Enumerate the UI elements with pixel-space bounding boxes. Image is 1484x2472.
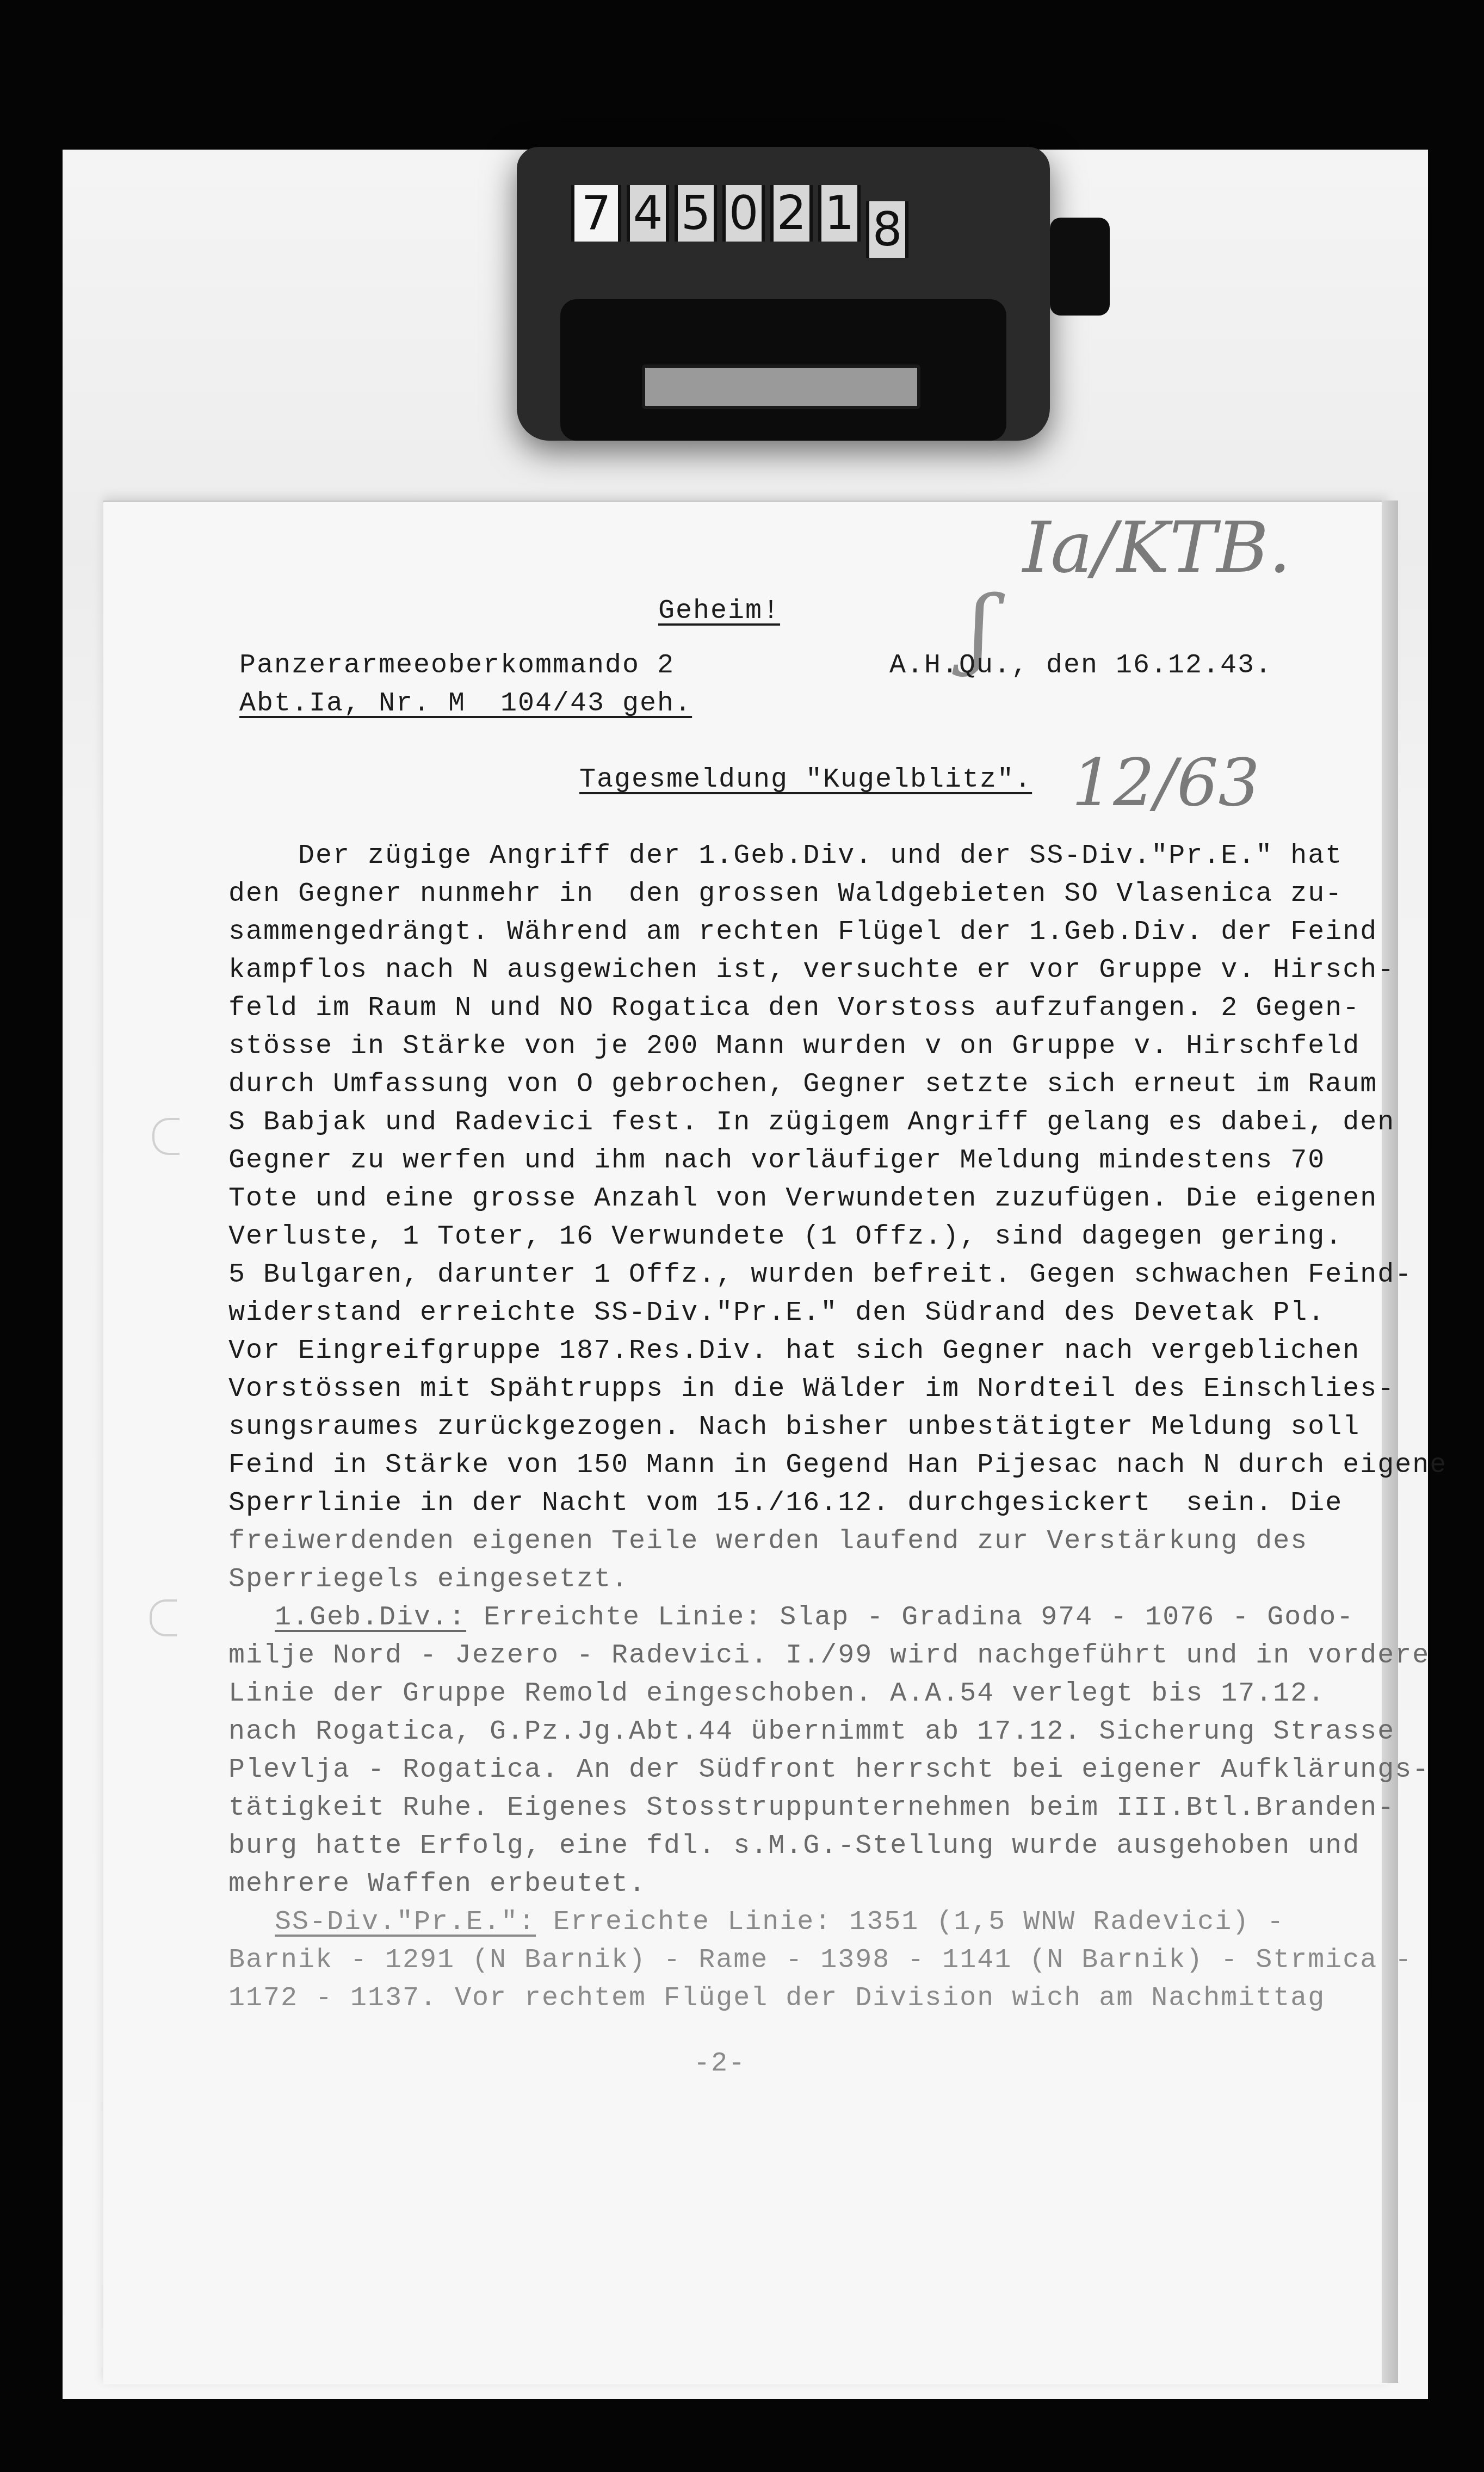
text-line: Sperriegels eingesetzt. — [228, 1564, 629, 1595]
counter-digits: 7 4 5 0 2 1 8 — [571, 185, 908, 258]
text-line: feld im Raum N und NO Rogatica den Vorst… — [228, 993, 1360, 1024]
frame-counter-device: 7 4 5 0 2 1 8 — [517, 147, 1088, 452]
section-label: SS-Div."Pr.E.": — [275, 1907, 536, 1938]
text-line: tätigkeit Ruhe. Eigenes Stosstruppuntern… — [228, 1793, 1395, 1824]
punch-hole — [152, 1118, 180, 1155]
text-line: nach Rogatica, G.Pz.Jg.Abt.44 übernimmt … — [228, 1716, 1395, 1747]
section-line: SS-Div."Pr.E.": Erreichte Linie: 1351 (1… — [275, 1907, 1284, 1938]
text-line: sungsraumes zurückgezogen. Nach bisher u… — [228, 1412, 1360, 1443]
text-line: Vorstössen mit Spähtrupps in die Wälder … — [228, 1374, 1395, 1405]
text-line: Erreichte Linie: Slap - Gradina 974 - 10… — [466, 1602, 1354, 1633]
text-line: S Babjak und Radevici fest. In zügigem A… — [228, 1107, 1395, 1138]
text-line: Vor Eingreifgruppe 187.Res.Div. hat sich… — [228, 1336, 1360, 1367]
text-line: freiwerdenden eigenen Teile werden laufe… — [228, 1526, 1308, 1557]
text-line: Barnik - 1291 (N Barnik) - Rame - 1398 -… — [228, 1945, 1412, 1976]
text-line: kampflos nach N ausgewichen ist, versuch… — [228, 955, 1395, 986]
report-title: Tagesmeldung "Kugelblitz". — [579, 764, 1032, 795]
text-line: Sperrlinie in der Nacht vom 15./16.12. d… — [228, 1488, 1343, 1519]
text-line: sammengedrängt. Während am rechten Flüge… — [228, 917, 1377, 948]
handwritten-ktb-note: Ia/KTB. — [1023, 506, 1291, 589]
text-line: widerstand erreichte SS-Div."Pr.E." den … — [228, 1297, 1325, 1328]
page-continuation-marker: -2- — [694, 2048, 746, 2079]
counter-slot — [642, 364, 920, 409]
text-line: milje Nord - Jezero - Radevici. I./99 wi… — [228, 1640, 1430, 1671]
text-line: den Gegner nunmehr in den grossen Waldge… — [228, 879, 1343, 910]
counter-digit: 4 — [627, 185, 669, 242]
counter-digit: 5 — [675, 185, 717, 242]
counter-knob — [1050, 218, 1110, 316]
page-edge-shadow — [1382, 500, 1398, 2383]
classification-label: Geheim! — [658, 596, 780, 627]
text-line: Plevlja - Rogatica. An der Südfront herr… — [228, 1754, 1430, 1785]
punch-hole — [150, 1599, 177, 1636]
text-line: Feind in Stärke von 150 Mann in Gegend H… — [228, 1450, 1447, 1481]
text-line: mehrere Waffen erbeutet. — [228, 1869, 646, 1900]
counter-digit: 0 — [722, 185, 765, 242]
text-line: durch Umfassung von O gebrochen, Gegner … — [228, 1069, 1377, 1100]
section-label: 1.Geb.Div.: — [275, 1602, 466, 1633]
text-line: Verluste, 1 Toter, 16 Verwundete (1 Offz… — [228, 1221, 1343, 1252]
text-line: Der zügige Angriff der 1.Geb.Div. und de… — [228, 841, 1343, 872]
text-line: burg hatte Erfolg, eine fdl. s.M.G.-Stel… — [228, 1831, 1360, 1862]
sender-unit: Panzerarmeeoberkommando 2 — [239, 650, 675, 681]
text-line: Linie der Gruppe Remold eingeschoben. A.… — [228, 1678, 1325, 1709]
place-date: A.H.Qu., den 16.12.43. — [889, 650, 1272, 681]
text-line: 5 Bulgaren, darunter 1 Offz., wurden bef… — [228, 1259, 1412, 1290]
counter-digit: 1 — [818, 185, 861, 242]
reference-number: Abt.Ia, Nr. M 104/43 geh. — [239, 688, 692, 719]
text-line: Tote und eine grosse Anzahl von Verwunde… — [228, 1183, 1377, 1214]
section-line: 1.Geb.Div.: Erreichte Linie: Slap - Grad… — [275, 1602, 1354, 1633]
text-line: Erreichte Linie: 1351 (1,5 WNW Radevici)… — [536, 1907, 1284, 1938]
counter-digit: 7 — [571, 185, 621, 242]
counter-digit: 8 — [866, 201, 908, 258]
text-line: stösse in Stärke von je 200 Mann wurden … — [228, 1031, 1360, 1062]
handwritten-folio-number: 12/63 — [1072, 745, 1260, 821]
text-line: Gegner zu werfen und ihm nach vorläufige… — [228, 1145, 1325, 1176]
counter-digit: 2 — [770, 185, 813, 242]
text-line: 1172 - 1137. Vor rechtem Flügel der Divi… — [228, 1983, 1325, 2014]
